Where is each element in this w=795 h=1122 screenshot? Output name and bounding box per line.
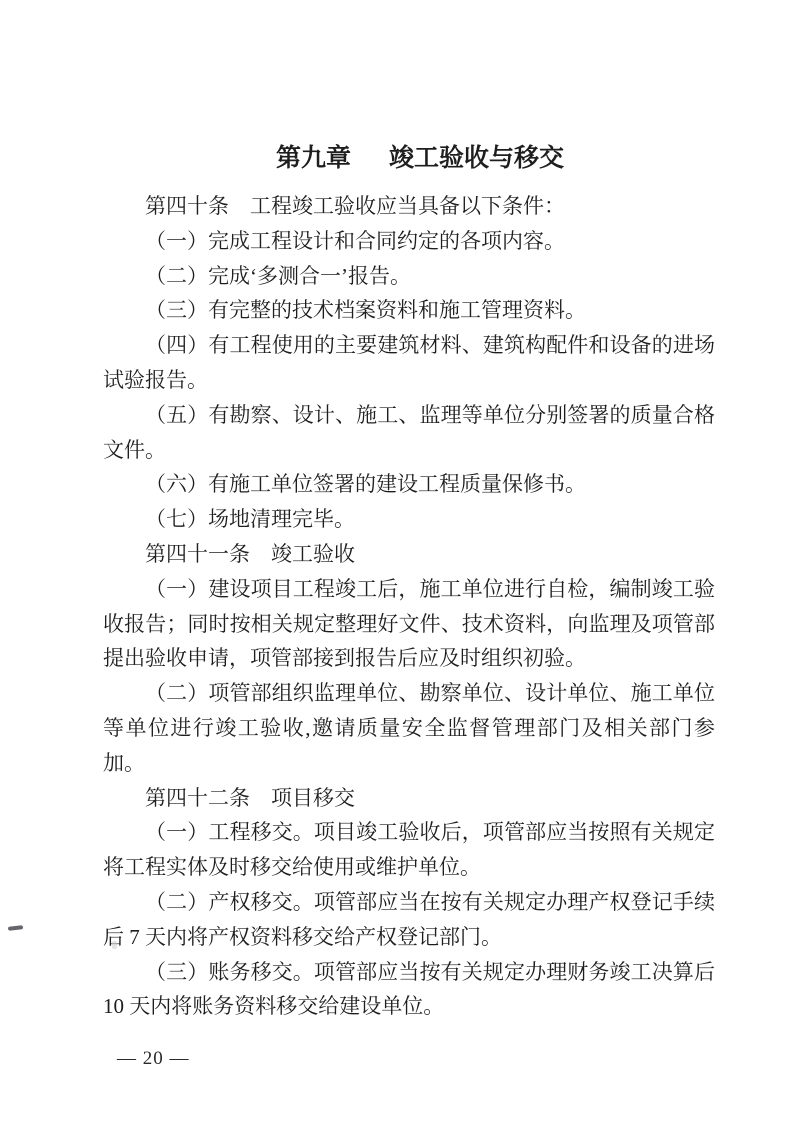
chapter-title: 第九章竣工验收与移交 — [103, 140, 715, 176]
document-content: 第九章竣工验收与移交 第四十条 工程竣工验收应当具备以下条件： （一）完成工程设… — [103, 140, 715, 1024]
scan-pencil-mark — [8, 925, 23, 931]
article-42-item-3: （三）账务移交。项管部应当按有关规定办理财务竣工决算后 10 天内将账务资料移交… — [103, 955, 715, 1025]
chapter-name: 竣工验收与移交 — [389, 144, 564, 172]
article-42-heading: 第四十二条 项目移交 — [103, 781, 715, 816]
scan-artifact-speck — [112, 941, 117, 949]
document-page: 第九章竣工验收与移交 第四十条 工程竣工验收应当具备以下条件： （一）完成工程设… — [0, 0, 795, 1122]
article-41-heading: 第四十一条 竣工验收 — [103, 537, 715, 572]
article-40-item-4: （四）有工程使用的主要建筑材料、建筑构配件和设备的进场试验报告。 — [103, 328, 715, 398]
article-40-item-3: （三）有完整的技术档案资料和施工管理资料。 — [103, 293, 715, 328]
article-40-item-7: （七）场地清理完毕。 — [103, 502, 715, 537]
document-body: 第四十条 工程竣工验收应当具备以下条件： （一）完成工程设计和合同约定的各项内容… — [103, 189, 715, 1024]
article-40-item-6: （六）有施工单位签署的建设工程质量保修书。 — [103, 467, 715, 502]
chapter-number: 第九章 — [276, 144, 351, 172]
article-40-item-1: （一）完成工程设计和合同约定的各项内容。 — [103, 224, 715, 259]
article-41-item-2: （二）项管部组织监理单位、勘察单位、设计单位、施工单位等单位进行竣工验收,邀请质… — [103, 676, 715, 780]
article-40-heading: 第四十条 工程竣工验收应当具备以下条件： — [103, 189, 715, 224]
article-40-item-5: （五）有勘察、设计、施工、监理等单位分别签署的质量合格文件。 — [103, 398, 715, 468]
article-41-item-1: （一）建设项目工程竣工后，施工单位进行自检，编制竣工验收报告；同时按相关规定整理… — [103, 572, 715, 676]
page-number: — 20 — — [117, 1046, 190, 1072]
article-40-item-2: （二）完成‘多测合一’报告。 — [103, 259, 715, 294]
article-42-item-2: （二）产权移交。项管部应当在按有关规定办理产权登记手续后 7 天内将产权资料移交… — [103, 885, 715, 955]
article-42-item-1: （一）工程移交。项目竣工验收后，项管部应当按照有关规定将工程实体及时移交给使用或… — [103, 815, 715, 885]
